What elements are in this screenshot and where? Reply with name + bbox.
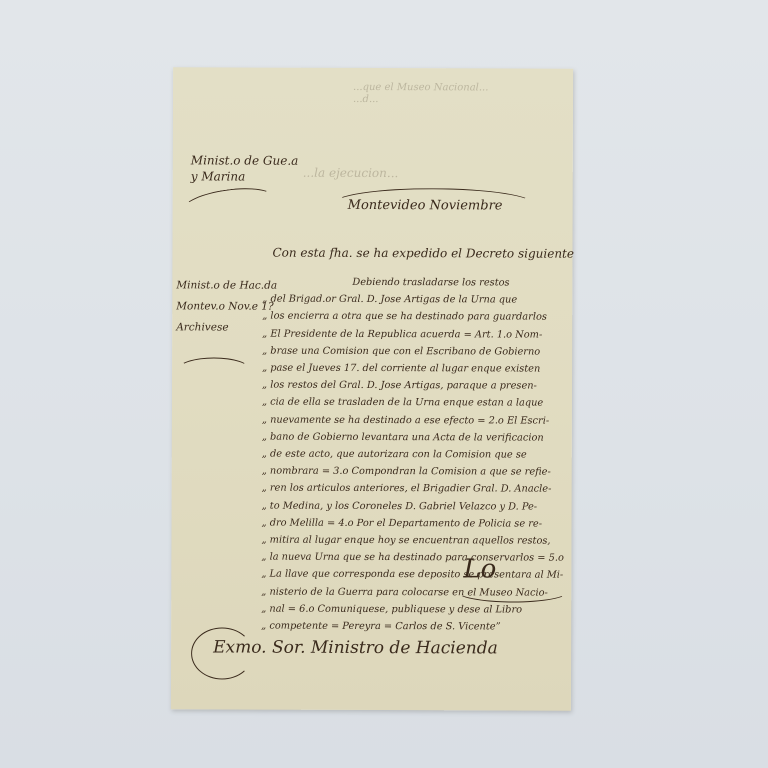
intro-line: Con esta fha. se ha expedido el Decreto … <box>272 246 574 261</box>
signature-flourish <box>456 580 568 602</box>
margin-heading: Minist.o de Gue.a y Marina <box>191 152 299 184</box>
body-line: „ mitira al lugar enque hoy se encuentra… <box>261 532 564 550</box>
flourish-ornament <box>178 357 250 381</box>
body-line: „ nombrara = 3.o Compondran la Comision … <box>262 463 565 481</box>
bleed-through-text-top: ...que el Museo Nacional... ...d... <box>353 82 488 106</box>
bleed-through-text-middle: ...la ejecucion... <box>303 166 399 180</box>
body-line: „ de este acto, que autorizara con la Co… <box>262 446 565 464</box>
body-line: „ to Medina, y los Coroneles D. Gabriel … <box>262 497 565 515</box>
flourish-ornament <box>181 183 276 223</box>
body-line: Debiendo trasladarse los restos <box>262 274 565 292</box>
signature: Lo <box>463 554 496 584</box>
body-line: „ brase una Comision que con el Escriban… <box>262 342 565 360</box>
body-line: „ bano de Gobierno levantara una Acta de… <box>262 428 565 446</box>
body-line: „ dro Melilla = 4.o Por el Departamento … <box>262 514 565 532</box>
body-line: „ El Presidente de la Republica acuerda … <box>262 325 565 343</box>
body-line: „ nuevamente se ha destinado a ese efect… <box>262 411 565 429</box>
body-line: „ competente = Pereyra = Carlos de S. Vi… <box>261 618 564 636</box>
body-line: „ los encierra a otra que se ha destinad… <box>262 308 565 326</box>
body-line: „ pase el Jueves 17. del corriente al lu… <box>262 360 565 378</box>
flourish-ornament <box>333 188 535 221</box>
body-line: „ del Brigad.or Gral. D. Jose Artigas de… <box>262 291 565 309</box>
flourish-ornament <box>191 627 253 679</box>
manuscript-page: ...que el Museo Nacional... ...d... ...l… <box>171 67 573 710</box>
body-line: „ ren los articulos anteriores, el Briga… <box>262 480 565 498</box>
body-line: „ cia de ella se trasladen de la Urna en… <box>262 394 565 412</box>
addressee-line: Exmo. Sor. Ministro de Hacienda <box>213 637 498 658</box>
body-line: „ nal = 6.o Comuniquese, publiquese y de… <box>261 600 564 618</box>
body-line: „ los restos del Gral. D. Jose Artigas, … <box>262 377 565 395</box>
body-line: „ la nueva Urna que se ha destinado para… <box>261 549 564 567</box>
